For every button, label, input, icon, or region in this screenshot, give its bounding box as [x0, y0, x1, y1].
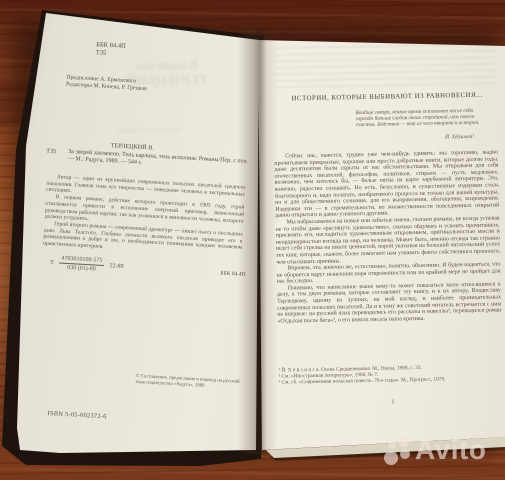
avito-logo-icon [383, 433, 415, 467]
epigraph: Вообще говоря, всякое время оставляет по… [355, 108, 479, 129]
preface-heading: ИСТОРИИ, КОТОРЫЕ ВЫБИВАЮТ ИЗ РАВНОВЕСИЯ.… [279, 91, 495, 102]
show-through-lines [274, 43, 495, 91]
catalog-fraction: 4703010100-575 030 (01)-89 [59, 255, 105, 272]
logo-dot [400, 449, 410, 459]
right-page-text: ИСТОРИИ, КОТОРЫЕ ВЫБИВАЮТ ИЗ РАВНОВЕСИЯ.… [258, 33, 505, 454]
catalog-denominator: 030 (01)-89 [59, 262, 104, 272]
logo-dot [384, 451, 398, 465]
epigraph-author: Й. Хёйзинга¹ [356, 134, 474, 142]
catalog-card-author: ТЕРЛЕЦКИЙ В. [110, 142, 154, 151]
avito-watermark: Avito [383, 433, 486, 467]
body-paragraph: Мы набрасываемся на новые или забытые им… [275, 215, 500, 265]
avito-brand-text: Avito [415, 433, 486, 467]
catalog-prefix: Т [50, 260, 54, 266]
catalog-card-entry: За зверей заплачено. Тень карлика, тень … [68, 149, 249, 173]
book-photo-scene: Владислав ТЕРЛЕЦКИЙ За зверей заплачено … [0, 0, 505, 480]
body-paragraph: Понимаю, что написанное выше кому-то мож… [277, 281, 502, 325]
left-page-text: Владислав ТЕРЛЕЦКИЙ За зверей заплачено … [15, 12, 257, 465]
logo-dot [398, 436, 409, 447]
catalog-suffix: 22-89 [109, 263, 123, 270]
page-number: 5 [285, 397, 501, 407]
copyright-notice: © Составление, предисловие и перевод на … [135, 374, 241, 391]
preface-editor-credits: Предисловие А. Ермонского Редакторы М. К… [66, 75, 147, 94]
footnotes: ¹ Й. Х ё й з и н г а. Осень Средневековь… [278, 363, 502, 386]
gutter-shadow [238, 30, 278, 454]
annotation-block: Автор — один из крупнейших современных п… [43, 174, 246, 259]
catalog-number: ББК 84.4П Т 4703010100-575 030 (01)-89 2… [50, 255, 247, 281]
catalog-card-label: Т35 [46, 148, 56, 156]
show-through-subtitle: За зверей заплачено [74, 125, 224, 135]
body-paragraph: Сейчас нас, кажется, трудно уже чем-нибу… [274, 149, 499, 219]
isbn: ISBN 5-05-002372-6 [47, 410, 106, 420]
bbk-classification: ББК 84.4П Т35 [96, 41, 126, 59]
preface-body: Сейчас нас, кажется, трудно уже чем-нибу… [274, 149, 501, 325]
logo-dot [388, 441, 396, 449]
